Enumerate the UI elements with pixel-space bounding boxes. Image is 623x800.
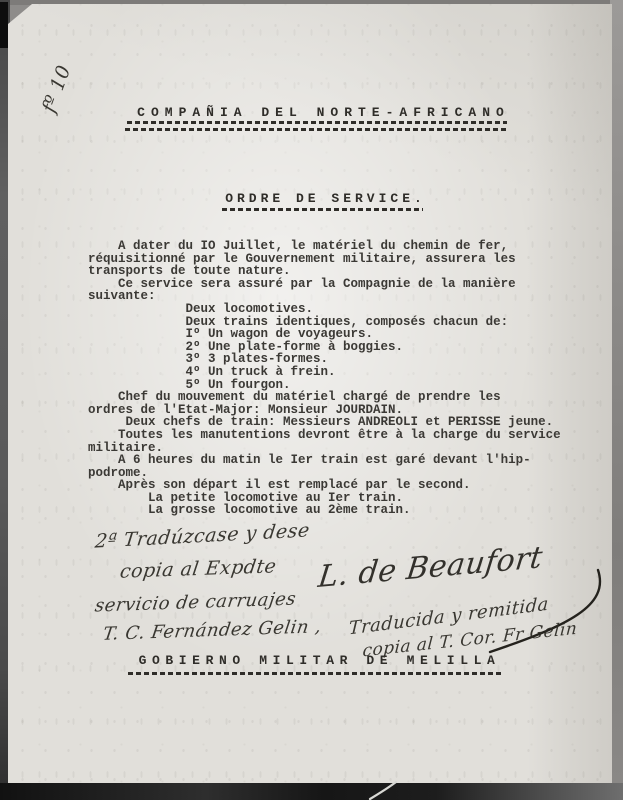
body-line: A 6 heures du matin le Ier train est gar…	[88, 454, 561, 467]
body-line: La grosse locomotive au 2ème train.	[88, 504, 561, 517]
scan-edge-black-mark	[0, 2, 8, 48]
body-line: Après son départ il est remplacé par le …	[88, 479, 561, 492]
body-line: transports de toute nature.	[88, 265, 561, 278]
footer-title: GOBIERNO MILITAR DE MELILLA	[0, 653, 623, 668]
scanned-document-page: fº 10 COMPAÑIA DEL NORTE-AFRICANO ORDRE …	[0, 0, 623, 800]
company-header-underline-2	[125, 128, 509, 131]
scan-edge-bottom	[0, 783, 623, 800]
body-line: Toutes les manutentions devront être à l…	[88, 429, 561, 442]
order-heading-underline	[222, 208, 423, 211]
company-header-title: COMPAÑIA DEL NORTE-AFRICANO	[0, 105, 623, 120]
body-line: Iº Un wagon de voyageurs.	[88, 328, 561, 341]
company-header-underline-1	[127, 121, 507, 124]
body-line: Chef du mouvement du matériel chargé de …	[88, 391, 561, 404]
order-heading: ORDRE DE SERVICE.	[0, 191, 623, 206]
document-body: A dater du IO Juillet, le matériel du ch…	[88, 240, 561, 517]
footer-underline	[128, 672, 502, 675]
body-line: 4º Un truck à frein.	[88, 366, 561, 379]
body-line: Deux locomotives.	[88, 303, 561, 316]
body-line: Ce service sera assuré par la Compagnie …	[88, 278, 561, 291]
body-line: A dater du IO Juillet, le matériel du ch…	[88, 240, 561, 253]
scan-scratch-mark	[366, 781, 406, 800]
